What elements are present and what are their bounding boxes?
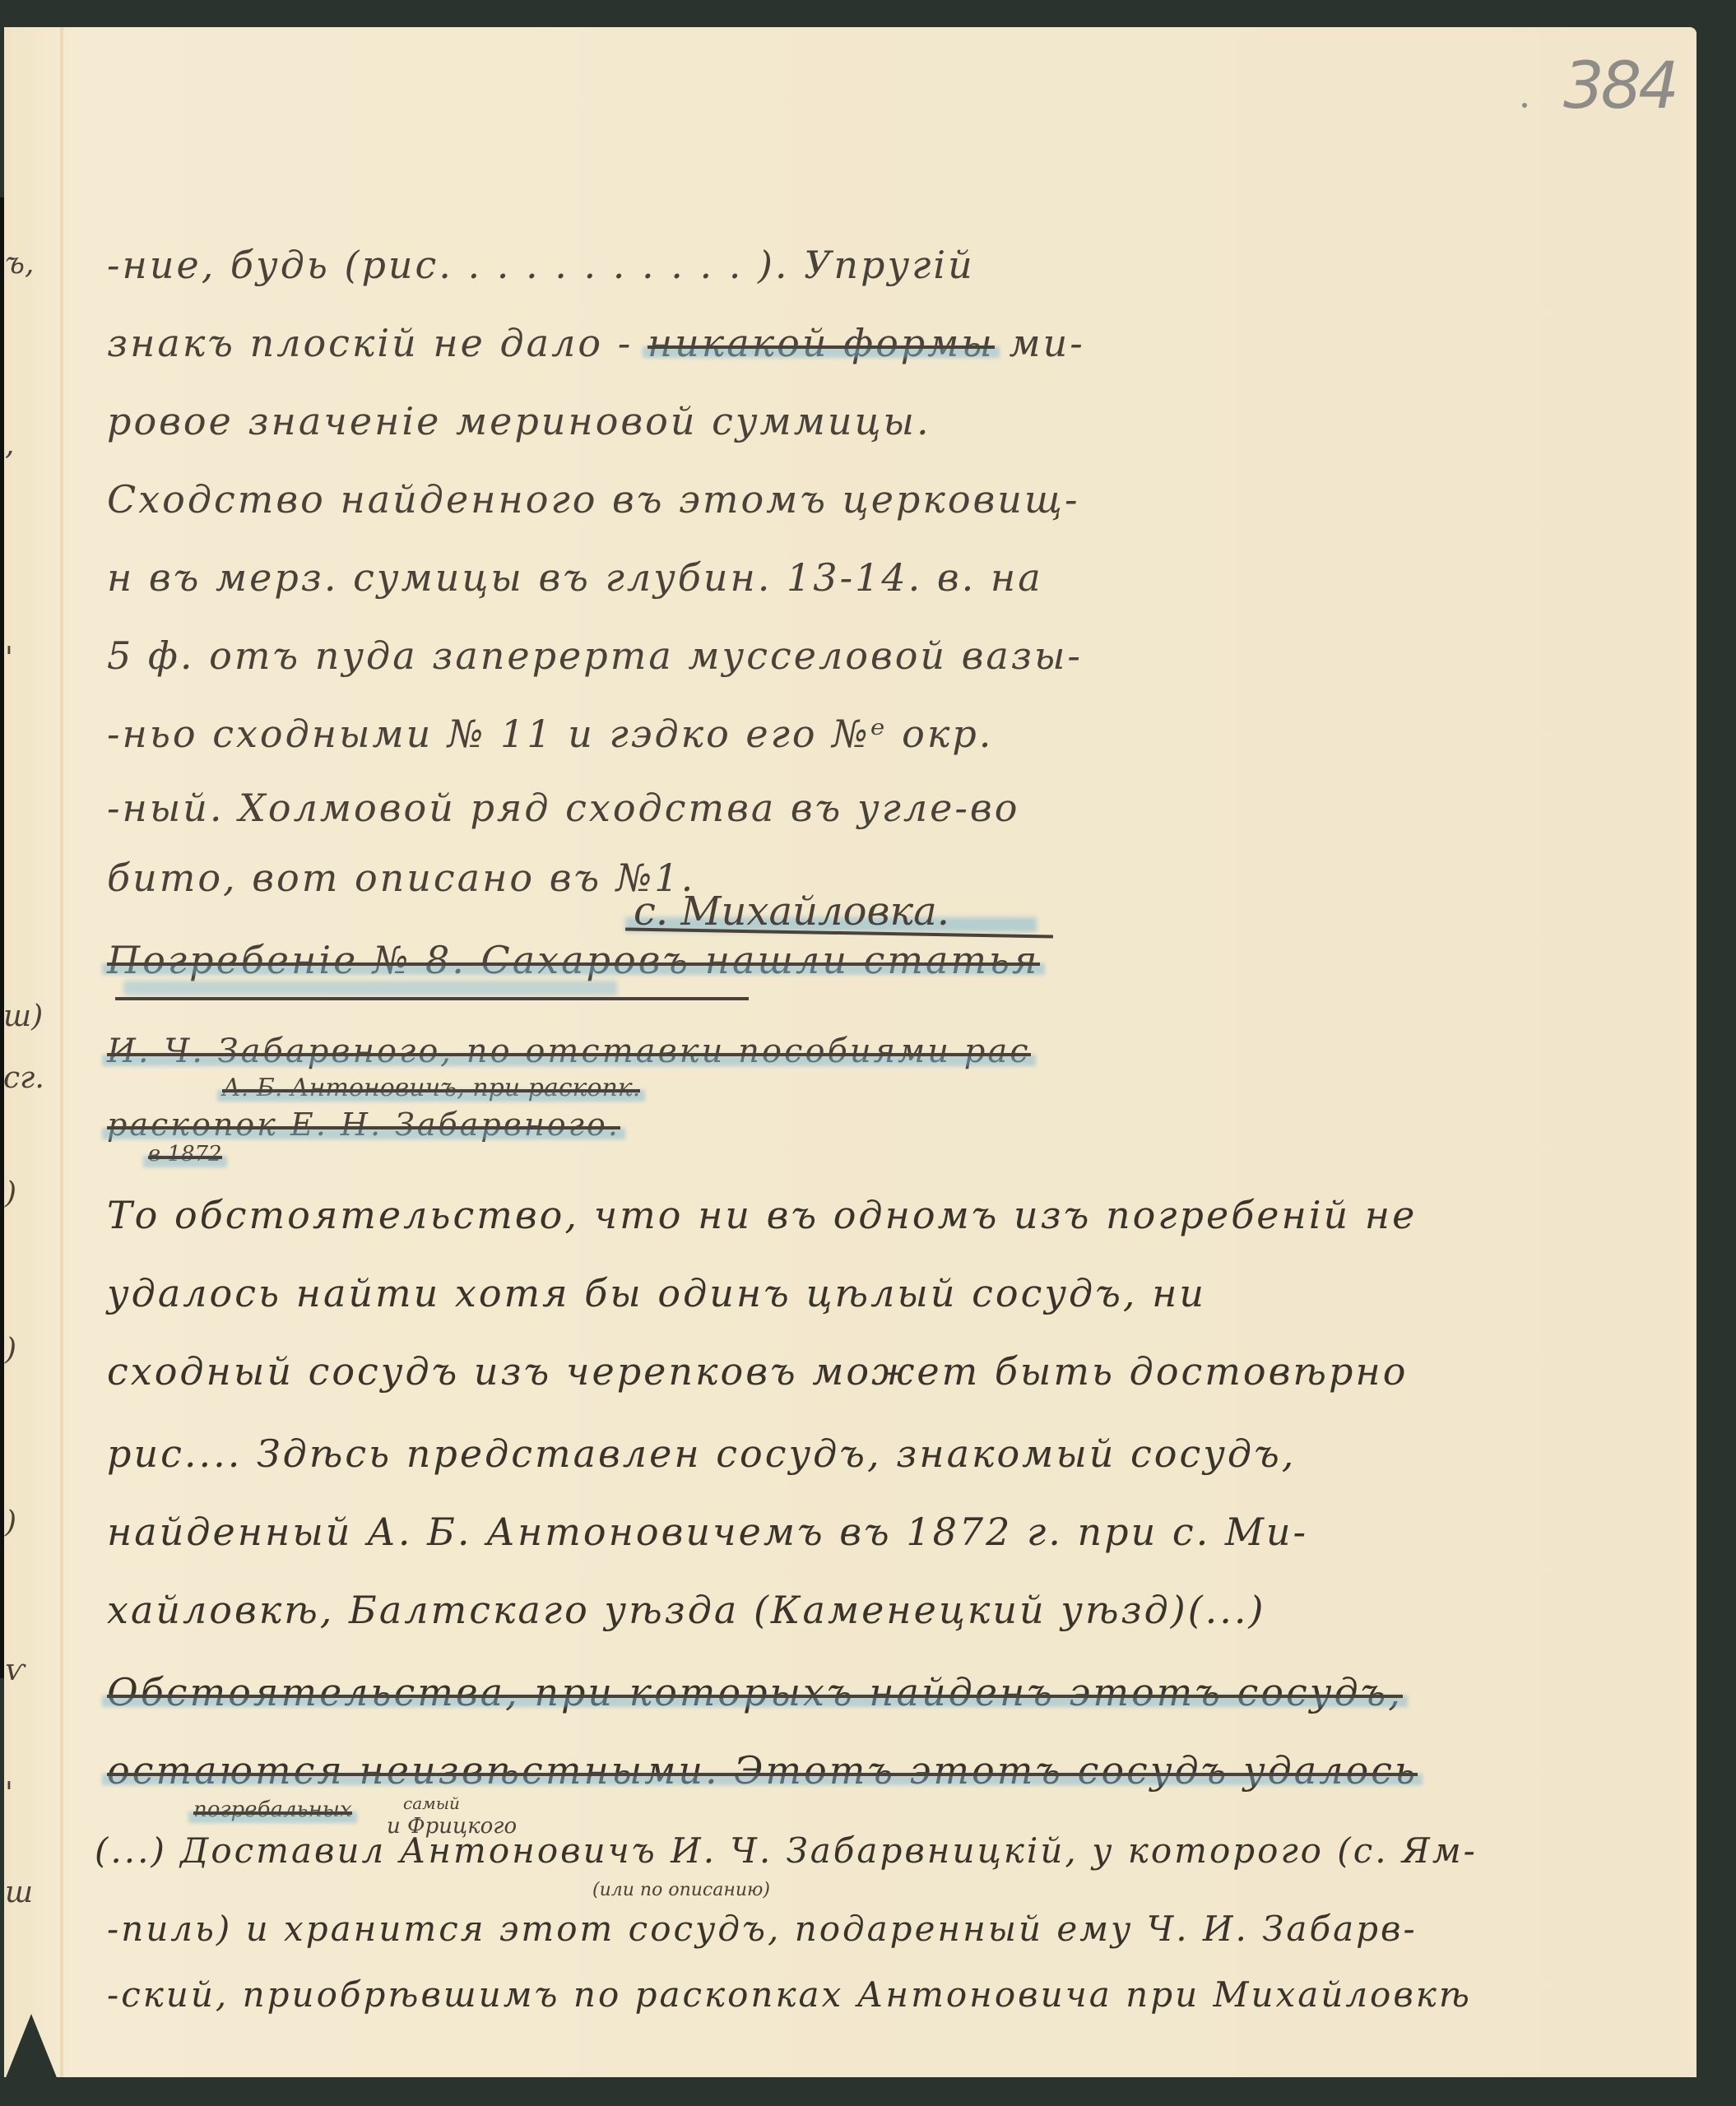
text-line: знакъ плоскій не дало - никакой формы ми… <box>107 321 1670 365</box>
text-line: То обстоятельство, что ни въ одномъ изъ … <box>107 1193 1670 1237</box>
margin-mark: ) <box>5 1333 16 1366</box>
paper-fold <box>60 27 63 2077</box>
struck-insertion: А. Б. Антоновичъ, при раскопк. <box>222 1074 640 1102</box>
margin-mark: ) <box>5 1505 16 1539</box>
struck-line: остаются неизвѣстными. Этотъ этотъ сосуд… <box>107 1748 1670 1793</box>
text-line: -ньо сходными № 11 и гэдко его №ᵉ окр. <box>107 712 1670 756</box>
text-line: Сходство найденного въ этомъ церковищ- <box>107 477 1670 522</box>
struck-line: раскопок Е. Н. Забарвного. <box>107 1106 1670 1143</box>
text-line: рис.... Здѣсь представлен сосудъ, знаком… <box>107 1431 1670 1476</box>
margin-mark: сг. <box>3 1061 44 1095</box>
torn-corner <box>5 2014 58 2080</box>
text-line: ровое значеніе мериновой суммицы. <box>107 399 1670 443</box>
insertion-note: самый <box>403 1793 460 1813</box>
adjacent-page-edge <box>0 197 4 1678</box>
text-line: хайловкѣ, Балтскаго уѣзда (Каменецкий уѣ… <box>107 1588 1670 1632</box>
blue-pencil-mark <box>123 981 617 995</box>
margin-mark: ш <box>5 1876 33 1909</box>
pencil-dot <box>1522 103 1527 108</box>
text-line: н въ мерз. сумицы въ глубин. 13-14. в. н… <box>107 555 1670 600</box>
text-line: удалось найти хотя бы одинъ цѣлый сосудъ… <box>107 1271 1670 1315</box>
margin-mark: ) <box>5 1176 16 1210</box>
margin-mark: ' <box>5 1777 13 1811</box>
insertion-note: (или по описанию) <box>592 1880 770 1900</box>
text-line: -ние, будь (рис. . . . . . . . . . . ). … <box>107 243 1670 287</box>
margin-mark: ъ, <box>5 247 34 281</box>
text-line: (...) Доставил Антоновичъ И. Ч. Забарвни… <box>95 1830 1658 1871</box>
struck-line: И. Ч. Забарвного, по отставки пособиями … <box>107 1032 1670 1070</box>
text-line: -пиль) и хранится этот сосудъ, подаренны… <box>107 1909 1670 1949</box>
underline <box>115 997 749 1000</box>
text-line: 5 ф. отъ пуда заперерта мусселовой вазы- <box>107 633 1670 678</box>
struck-line: Погребеніе № 8. Сахаровъ нашли статья <box>107 938 1670 982</box>
section-heading: с. Михайловка. <box>634 888 949 935</box>
page-number: 384 <box>1563 49 1676 123</box>
struck-text: никакой формы <box>648 321 995 365</box>
text-line: -ский, приобрѣвшимъ по раскопках Антонов… <box>107 1974 1670 2015</box>
text-line: найденный А. Б. Антоновичемъ въ 1872 г. … <box>107 1510 1670 1554</box>
margin-mark: , <box>5 428 14 462</box>
struck-line: Обстоятельства, при которыхъ найденъ это… <box>107 1670 1670 1714</box>
struck-year: в 1872 <box>148 1142 222 1167</box>
margin-mark: ѵ <box>5 1654 25 1687</box>
margin-mark: ' <box>5 642 13 675</box>
text-line: -ный. Холмовой ряд сходства въ угле-во <box>107 786 1670 830</box>
margin-mark: ш) <box>3 1000 43 1033</box>
insertion-note: погребальных <box>193 1798 352 1822</box>
text-line: сходный сосудъ изъ черепковъ может быть … <box>107 1349 1670 1394</box>
